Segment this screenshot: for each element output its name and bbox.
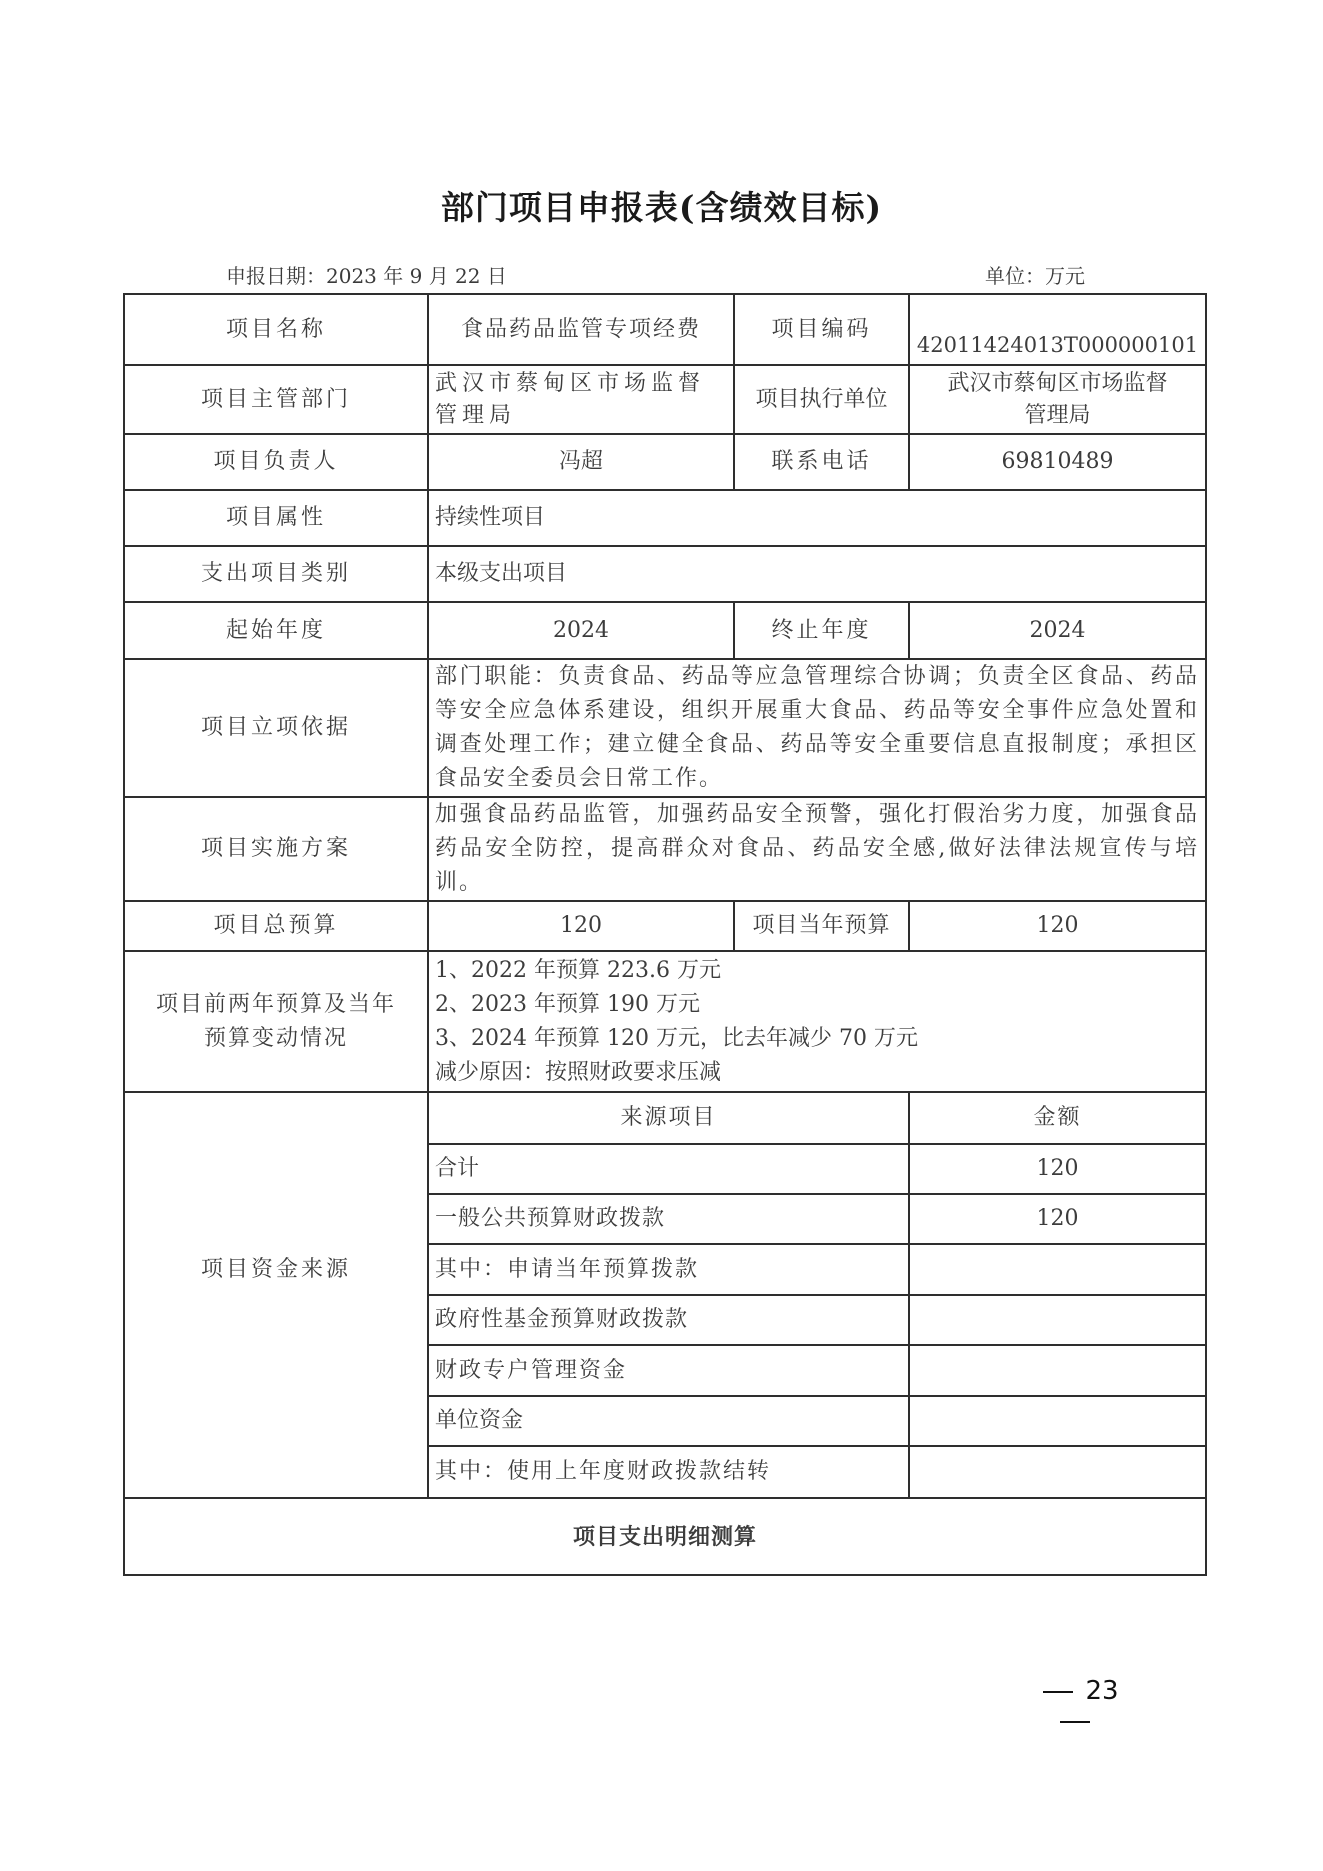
row-history: 项目前两年预算及当年 预算变动情况 1、2022 年预算 223.6 万元 2、…	[124, 951, 1206, 1092]
funding-amount	[909, 1446, 1206, 1498]
funding-header-amount: 金额	[909, 1092, 1206, 1144]
row-basis: 项目立项依据 部门职能：负责食品、药品等应急管理综合协调；负责全区食品、药品等安…	[124, 659, 1206, 797]
dash-left	[1043, 1691, 1073, 1693]
supervising-dept-line2: 管理局	[435, 400, 727, 432]
executing-unit-line1: 武汉市蔡甸区市场监督	[916, 368, 1199, 400]
dash-right	[1060, 1721, 1090, 1723]
start-year-label: 起始年度	[124, 602, 428, 659]
category-value: 本级支出项目	[428, 546, 1206, 602]
funding-header-source: 来源项目	[428, 1092, 909, 1144]
funding-source: 合计	[428, 1144, 909, 1194]
row-budget: 项目总预算 120 项目当年预算 120	[124, 901, 1206, 951]
start-year-value: 2024	[428, 602, 734, 659]
row-attribute: 项目属性 持续性项目	[124, 490, 1206, 546]
page-number: 23	[1010, 1676, 1140, 1736]
total-budget-label: 项目总预算	[124, 901, 428, 951]
funding-amount	[909, 1396, 1206, 1446]
history-line: 3、2024 年预算 120 万元，比去年减少 70 万元	[435, 1022, 1199, 1056]
leader-value: 冯超	[428, 434, 734, 490]
row-category: 支出项目类别 本级支出项目	[124, 546, 1206, 602]
annual-budget-value: 120	[909, 901, 1206, 951]
history-line: 1、2022 年预算 223.6 万元	[435, 954, 1199, 988]
funding-source: 其中：申请当年预算拨款	[428, 1244, 909, 1295]
supervising-dept-value: 武汉市蔡甸区市场监督 管理局	[428, 365, 734, 434]
row-funding-header: 项目资金来源 来源项目 金额	[124, 1092, 1206, 1144]
supervising-dept-line1: 武汉市蔡甸区市场监督	[435, 368, 727, 400]
expenditure-detail-title: 项目支出明细测算	[124, 1498, 1206, 1575]
history-line: 2、2023 年预算 190 万元	[435, 988, 1199, 1022]
funding-amount: 120	[909, 1144, 1206, 1194]
end-year-value: 2024	[909, 602, 1206, 659]
plan-label: 项目实施方案	[124, 797, 428, 901]
phone-value: 69810489	[909, 434, 1206, 490]
unit-label: 单位：万元	[985, 260, 1085, 289]
page-number-value: 23	[1085, 1676, 1118, 1706]
funding-source: 一般公共预算财政拨款	[428, 1194, 909, 1244]
history-label-line1: 项目前两年预算及当年	[131, 988, 421, 1022]
funding-amount	[909, 1345, 1206, 1396]
row-departments: 项目主管部门 武汉市蔡甸区市场监督 管理局 项目执行单位 武汉市蔡甸区市场监督 …	[124, 365, 1206, 434]
project-name-value: 食品药品监管专项经费	[428, 294, 734, 365]
row-plan: 项目实施方案 加强食品药品监管，加强药品安全预警，强化打假治劣力度，加强食品药品…	[124, 797, 1206, 901]
plan-value: 加强食品药品监管，加强药品安全预警，强化打假治劣力度，加强食品药品安全防控，提高…	[428, 797, 1206, 901]
report-date: 申报日期：2023 年 9 月 22 日	[226, 260, 507, 289]
supervising-dept-label: 项目主管部门	[124, 365, 428, 434]
project-application-table: 项目名称 食品药品监管专项经费 项目编码 42011424013T0000001…	[123, 293, 1207, 1576]
funding-amount: 120	[909, 1194, 1206, 1244]
basis-value: 部门职能：负责食品、药品等应急管理综合协调；负责全区食品、药品等安全应急体系建设…	[428, 659, 1206, 797]
attribute-label: 项目属性	[124, 490, 428, 546]
funding-label: 项目资金来源	[124, 1092, 428, 1498]
category-label: 支出项目类别	[124, 546, 428, 602]
end-year-label: 终止年度	[734, 602, 909, 659]
page-title: 部门项目申报表(含绩效目标)	[0, 182, 1323, 229]
row-expenditure-detail: 项目支出明细测算	[124, 1498, 1206, 1575]
row-years: 起始年度 2024 终止年度 2024	[124, 602, 1206, 659]
total-budget-value: 120	[428, 901, 734, 951]
executing-unit-value: 武汉市蔡甸区市场监督 管理局	[909, 365, 1206, 434]
funding-source: 政府性基金预算财政拨款	[428, 1295, 909, 1345]
attribute-value: 持续性项目	[428, 490, 1206, 546]
executing-unit-label: 项目执行单位	[734, 365, 909, 434]
history-line: 减少原因：按照财政要求压减	[435, 1056, 1199, 1090]
history-value: 1、2022 年预算 223.6 万元 2、2023 年预算 190 万元 3、…	[428, 951, 1206, 1092]
leader-label: 项目负责人	[124, 434, 428, 490]
row-leader: 项目负责人 冯超 联系电话 69810489	[124, 434, 1206, 490]
funding-source: 其中：使用上年度财政拨款结转	[428, 1446, 909, 1498]
history-label-line2: 预算变动情况	[131, 1022, 421, 1056]
row-project-name: 项目名称 食品药品监管专项经费 项目编码 42011424013T0000001…	[124, 294, 1206, 365]
project-code-value: 42011424013T000000101	[909, 294, 1206, 365]
funding-source: 财政专户管理资金	[428, 1345, 909, 1396]
executing-unit-line2: 管理局	[916, 400, 1199, 432]
project-name-label: 项目名称	[124, 294, 428, 365]
funding-amount	[909, 1244, 1206, 1295]
basis-label: 项目立项依据	[124, 659, 428, 797]
project-code-label: 项目编码	[734, 294, 909, 365]
funding-source: 单位资金	[428, 1396, 909, 1446]
funding-amount	[909, 1295, 1206, 1345]
history-label: 项目前两年预算及当年 预算变动情况	[124, 951, 428, 1092]
annual-budget-label: 项目当年预算	[734, 901, 909, 951]
phone-label: 联系电话	[734, 434, 909, 490]
